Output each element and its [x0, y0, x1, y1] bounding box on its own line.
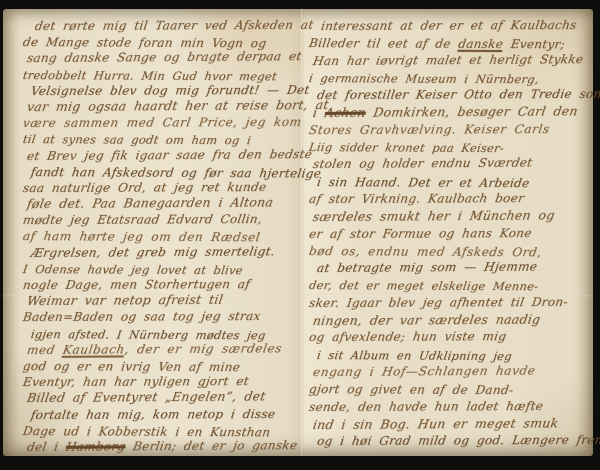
center-fold: [300, 9, 303, 456]
handwriting-line: og afvexlende; hun viste mig: [308, 328, 591, 347]
handwriting-line: del i Hamborg Berlin; det er jo ganske: [26, 437, 301, 455]
handwriting-line: det rørte mig til Taarer ved Afskeden at: [34, 17, 301, 34]
handwriting-line: Stores Gravhvælving. Keiser Carls: [308, 121, 591, 140]
handwriting-line: særdeles smukt her i München og: [312, 206, 591, 225]
handwriting-line: sende, den havde hun ladet hæfte: [308, 397, 591, 416]
manuscript-photo: det rørte mig til Taarer ved Afskeden at…: [0, 0, 600, 470]
handwriting-line: var mig ogsaa haardt her at reise bort, …: [26, 97, 301, 115]
handwriting-line: sang danske Sange og bragte derpaa et: [26, 48, 301, 66]
handwriting-line: føle det. Paa Banegaarden i Altona: [26, 194, 301, 212]
handwriting-line: at betragte mig som — Hjemme: [316, 258, 591, 277]
handwriting-line: i Achen Domkirken, besøger Carl den: [312, 103, 591, 122]
handwriting-line: være sammen med Carl Price, jeg kom: [22, 114, 301, 131]
handwriting-line: sker. Igaar blev jeg afhentet til Dron-: [308, 294, 591, 313]
letter-page-left: det rørte mig til Taarer ved Afskeden at…: [23, 18, 299, 455]
handwriting-line: Ærgrelsen, det greb mig smerteligt.: [30, 243, 301, 261]
handwriting-line: interessant at der er et af Kaulbachs: [320, 17, 591, 35]
letter-page-right: interessant at der er et af KaulbachsBil…: [309, 18, 589, 450]
letter-sheet: det rørte mig til Taarer ved Afskeden at…: [3, 9, 593, 456]
handwriting-line: Han har iøvrigt malet et herligt Stykke: [312, 51, 591, 70]
handwriting-line: stolen og holder endnu Sværdet: [312, 154, 591, 173]
handwriting-line: ningen, der var særdeles naadig: [312, 310, 591, 329]
handwriting-line: Baden=Baden og saa tog jeg strax: [22, 308, 301, 325]
handwriting-line: Billed af Eventyret „Engelen”, det: [26, 388, 301, 406]
handwriting-line: er af stor Formue og hans Kone: [308, 224, 591, 243]
handwriting-line: et Brev jeg fik igaar saae fra den bedst…: [26, 146, 301, 164]
handwriting-line: Weimar var netop afreist til: [26, 291, 301, 309]
handwriting-line: fortalte han mig, kom netop i disse: [30, 405, 301, 422]
handwriting-line: med Kaulbach, der er mig særdeles: [26, 340, 301, 358]
handwriting-line: ind i sin Bog. Hun er meget smuk: [312, 414, 591, 433]
handwriting-line: Velsignelse blev dog mig forundt! — Det: [30, 82, 301, 99]
handwriting-line: mødte jeg Etatsraad Edvard Collin,: [22, 211, 301, 228]
handwriting-line: engang i Hof—Schlangen havde: [312, 362, 591, 381]
handwriting-line: og i høi Grad mild og god. Længere frem: [316, 432, 591, 450]
